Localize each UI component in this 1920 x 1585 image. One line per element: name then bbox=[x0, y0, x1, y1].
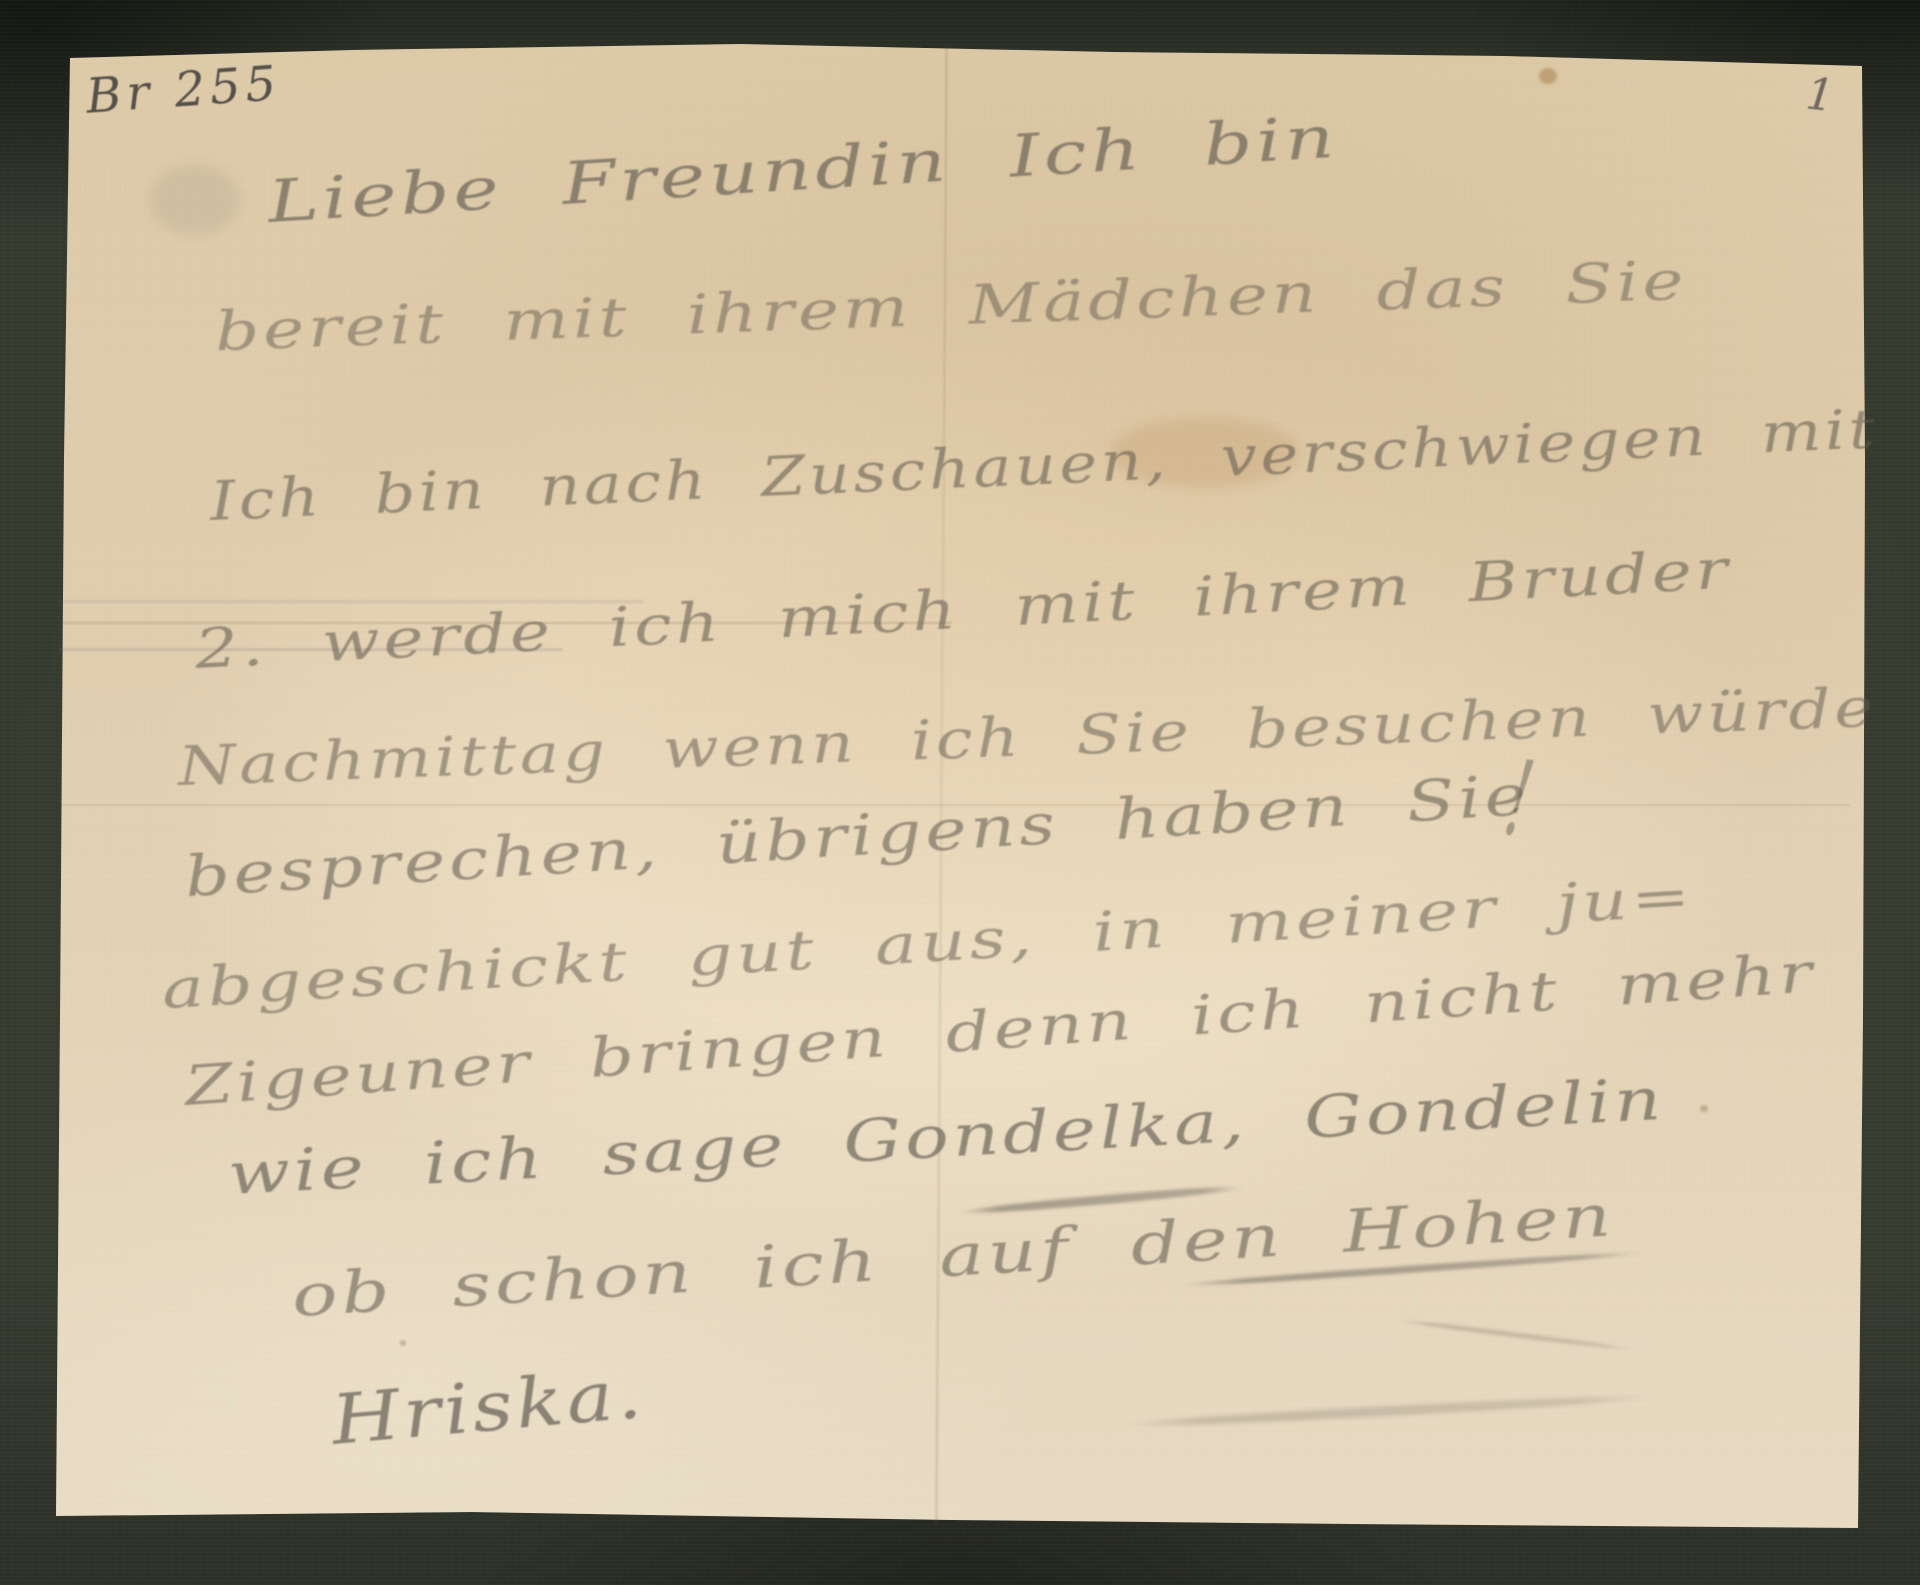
page-number: 1 bbox=[1803, 69, 1836, 123]
